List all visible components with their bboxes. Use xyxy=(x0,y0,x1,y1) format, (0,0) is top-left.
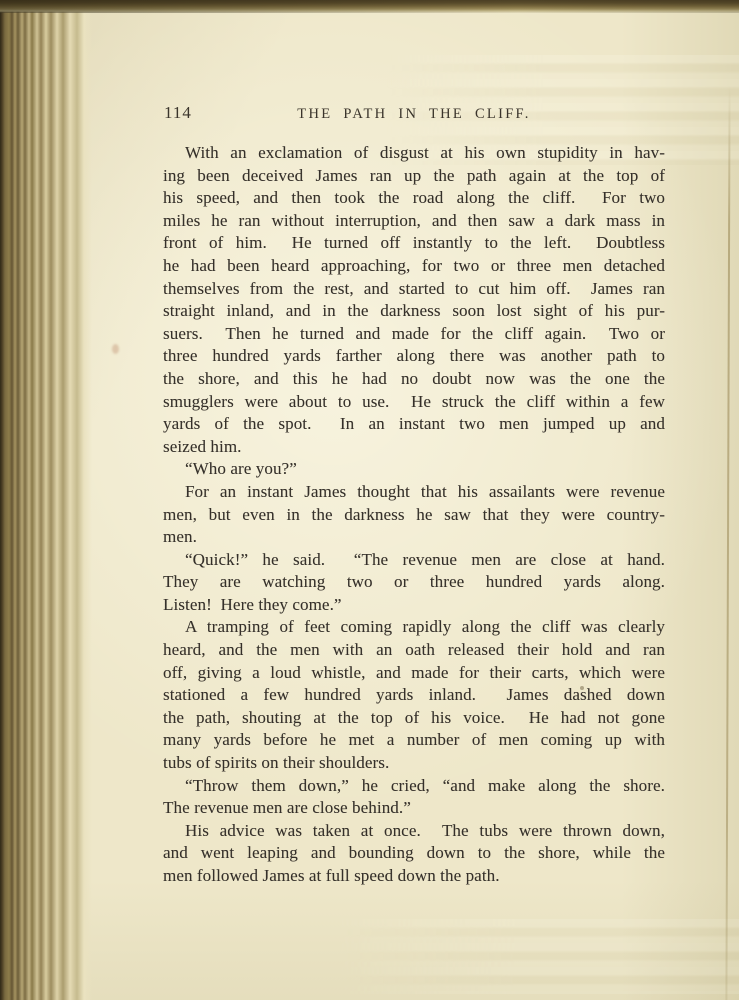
paragraph: A tramping of feet coming rapidly along … xyxy=(163,616,665,774)
text-line: A tramping of feet coming rapidly along … xyxy=(163,616,665,639)
text-line: His advice was taken at once. The tubs w… xyxy=(163,820,665,843)
paragraph: With an exclamation of disgust at his ow… xyxy=(163,142,665,458)
text-line: tubs of spirits on their shoulders. xyxy=(163,752,665,775)
text-line: suers. Then he turned and made for the c… xyxy=(163,323,665,346)
paper-speck xyxy=(112,344,119,354)
page-content: 114 THE PATH IN THE CLIFF. With an excla… xyxy=(163,103,665,888)
text-line: he had been heard approaching, for two o… xyxy=(163,255,665,278)
text-line: seized him. xyxy=(163,436,665,459)
text-line: three hundred yards farther along there … xyxy=(163,345,665,368)
text-line: off, giving a loud whistle, and made for… xyxy=(163,662,665,685)
text-line: themselves from the rest, and started to… xyxy=(163,278,665,301)
text-line: “Throw them down,” he cried, “and make a… xyxy=(163,775,665,798)
page-number: 114 xyxy=(164,103,192,123)
page-header: 114 THE PATH IN THE CLIFF. xyxy=(163,103,665,125)
running-title: THE PATH IN THE CLIFF. xyxy=(297,106,530,123)
text-line: the shore, and this he had no doubt now … xyxy=(163,368,665,391)
paragraph: “Quick!” he said. “The revenue men are c… xyxy=(163,549,665,617)
text-line: straight inland, and in the darkness soo… xyxy=(163,300,665,323)
text-line: ing been deceived James ran up the path … xyxy=(163,165,665,188)
book-page-edges-left xyxy=(0,0,92,1000)
text-line: stationed a few hundred yards inland. Ja… xyxy=(163,684,665,707)
text-line: miles he ran without interruption, and t… xyxy=(163,210,665,233)
text-line: smugglers were about to use. He struck t… xyxy=(163,391,665,414)
text-line: The revenue men are close behind.” xyxy=(163,797,665,820)
text-line: many yards before he met a number of men… xyxy=(163,729,665,752)
text-line: and went leaping and bounding down to th… xyxy=(163,842,665,865)
text-line: yards of the spot. In an instant two men… xyxy=(163,413,665,436)
text-line: the path, shouting at the top of his voi… xyxy=(163,707,665,730)
text-line: “Who are you?” xyxy=(163,458,665,481)
text-line: For an instant James thought that his as… xyxy=(163,481,665,504)
text-line: front of him. He turned off instantly to… xyxy=(163,232,665,255)
text-line: men, but even in the darkness he saw tha… xyxy=(163,504,665,527)
text-line: Listen! Here they come.” xyxy=(163,594,665,617)
text-line: his speed, and then took the road along … xyxy=(163,187,665,210)
text-line: With an exclamation of disgust at his ow… xyxy=(163,142,665,165)
paragraph: “Who are you?” xyxy=(163,458,665,481)
paragraph: For an instant James thought that his as… xyxy=(163,481,665,549)
text-line: They are watching two or three hundred y… xyxy=(163,571,665,594)
paper-sheen-bottom xyxy=(333,919,739,994)
text-line: men. xyxy=(163,526,665,549)
book-page-edges-top xyxy=(0,0,739,13)
page-body: With an exclamation of disgust at his ow… xyxy=(163,142,665,888)
text-line: “Quick!” he said. “The revenue men are c… xyxy=(163,549,665,572)
text-line: men followed James at full speed down th… xyxy=(163,865,665,888)
scanned-book-page: 114 THE PATH IN THE CLIFF. With an excla… xyxy=(0,0,739,1000)
paragraph: “Throw them down,” he cried, “and make a… xyxy=(163,775,665,820)
paragraph: His advice was taken at once. The tubs w… xyxy=(163,820,665,888)
text-line: heard, and the men with an oath released… xyxy=(163,639,665,662)
